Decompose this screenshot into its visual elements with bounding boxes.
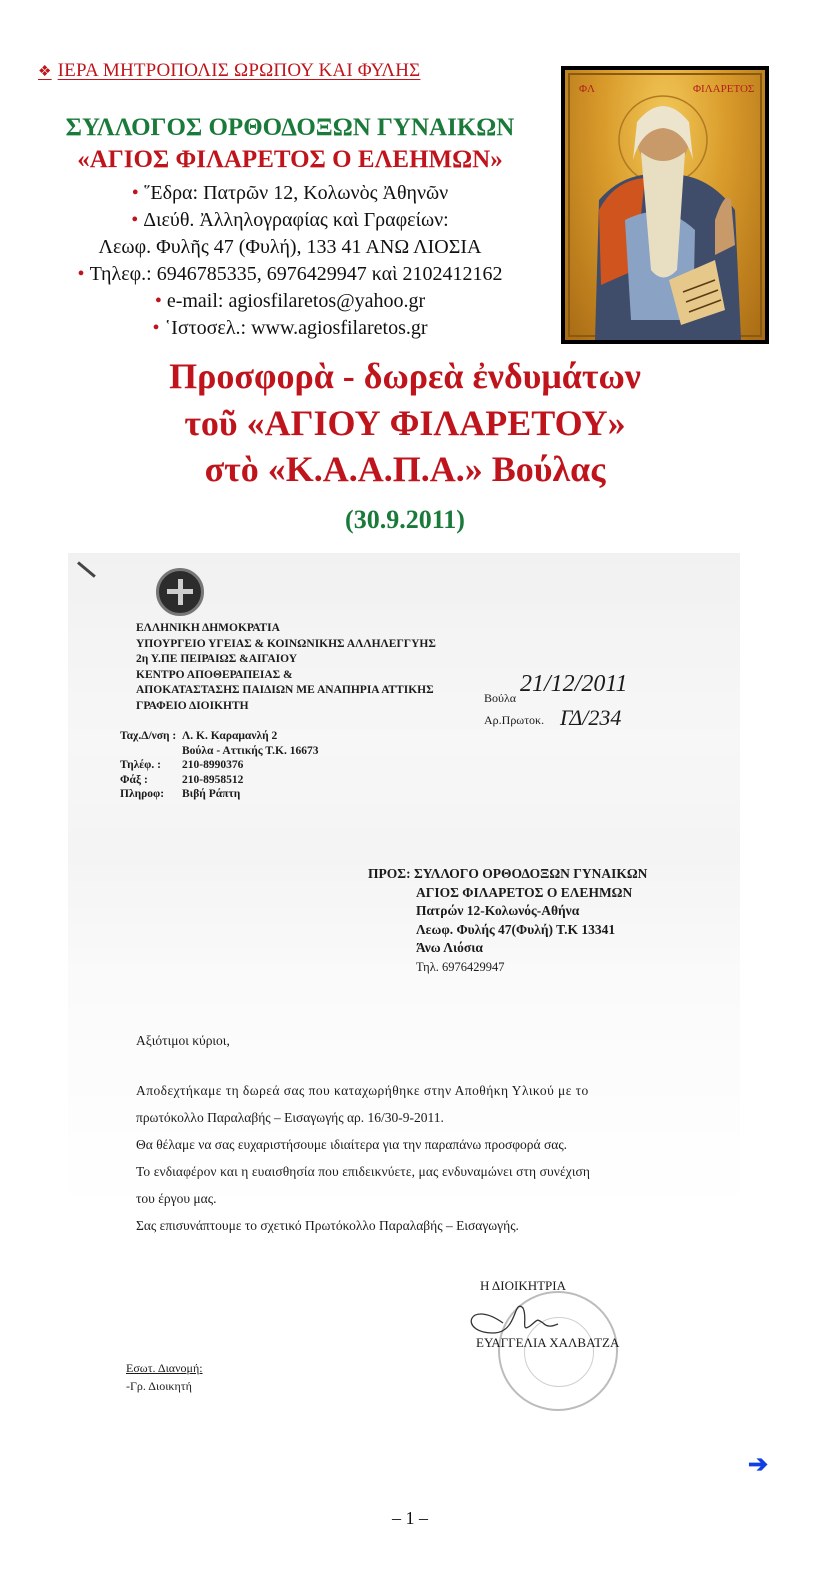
bullet-icon: • (152, 317, 159, 339)
scanned-letter: ΕΛΛΗΝΙΚΗ ΔΗΜΟΚΡΑΤΙΑ ΥΠΟΥΡΓΕΙΟ ΥΓΕΙΑΣ & Κ… (68, 553, 740, 1493)
contact-website: •῾Ιστοσελ.: www.agiosfilaretos.gr (30, 317, 550, 340)
body-line: του έργου μας. (136, 1191, 216, 1207)
bullet-icon: • (131, 209, 138, 231)
bullet-icon: • (155, 290, 162, 312)
signatory-name: ΕΥΑΓΓΕΛΙΑ ΧΑΛΒΑΤΖΑ (476, 1335, 619, 1351)
body-line: Αποδεχτήκαμε τη δωρεά σας που καταχωρήθη… (136, 1083, 589, 1099)
metropolis-name: ΙΕΡΑ ΜΗΤΡΟΠΟΛΙΣ ΩΡΩΠΟΥ ΚΑΙ ΦΥΛΗΣ (58, 60, 421, 81)
place-label: Βούλα (484, 691, 516, 706)
website-link[interactable]: ῾Ιστοσελ.: www.agiosfilaretos.gr (165, 317, 428, 339)
handwritten-protocol-number: ΓΔ/234 (560, 705, 621, 731)
distribution-label: Εσωτ. Διανομή: (126, 1361, 203, 1376)
ornament-bullet-icon: ❖ (38, 64, 52, 80)
body-line: Θα θέλαμε να σας ευχαριστήσουμε ιδιαίτερ… (136, 1137, 567, 1153)
contact-email: •e-mail: agiosfilaretos@yahoo.gr (30, 290, 550, 313)
page-title-line3: στὸ «Κ.Α.Α.Π.Α.» Βούλας (80, 448, 730, 490)
saint-philaretos-icon-image: ΦΛ ΦΙΛΑΡΕΤΟΣ (561, 66, 769, 344)
email-link[interactable]: e-mail: agiosfilaretos@yahoo.gr (167, 290, 425, 312)
svg-text:ΦΛ: ΦΛ (579, 83, 595, 95)
sender-contact-labels: Ταχ.Δ/νση : Τηλέφ. : Φάξ : Πληροφ: (120, 729, 176, 802)
recipient-block: ΠΡΟΣ: ΣΥΛΛΟΓΟ ΟΡΘΟΔΟΞΩΝ ΓΥΝΑΙΚΩΝ ΑΓΙΟΣ Φ… (368, 865, 647, 976)
page-number: – 1 – (360, 1508, 460, 1529)
event-date: (30.9.2011) (80, 505, 730, 535)
association-name: ΣΥΛΛΟΓΟΣ ΟΡΘΟΔΟΞΩΝ ΓΥΝΑΙΚΩΝ (30, 114, 550, 142)
contact-seat: •῞Εδρα: Πατρῶν 12, Κολωνὸς Ἀθηνῶν (30, 182, 550, 205)
page-title-line1: Προσφορὰ - δωρεὰ ἐνδυμάτων (80, 355, 730, 397)
salutation: Αξιότιμοι κύριοι, (136, 1033, 230, 1049)
saint-figure-icon: ΦΛ ΦΙΛΑΡΕΤΟΣ (565, 70, 765, 340)
greek-coat-of-arms-icon (156, 568, 204, 616)
contact-phones: •Τηλεφ.: 6946785335, 6976429947 καὶ 2102… (30, 263, 550, 286)
body-line: πρωτόκολλο Παραλαβής – Εισαγωγής αρ. 16/… (136, 1110, 444, 1126)
distribution-item: -Γρ. Διοικητή (126, 1379, 192, 1394)
contact-mailing-label: •Διεύθ. Ἀλληλογραφίας καὶ Γραφείων: (30, 209, 550, 232)
contact-mailing-address: Λεωφ. Φυλῆς 47 (Φυλή), 133 41 ΑΝΩ ΛΙΟΣΙΑ (30, 236, 550, 259)
page-title-line2: τοῦ «ΑΓΙΟΥ ΦΙΛΑΡΕΤΟΥ» (80, 402, 730, 444)
signatory-title: Η ΔΙΟΙΚΗΤΡΙΑ (480, 1278, 566, 1294)
handwritten-date: 21/12/2011 (520, 671, 628, 698)
bullet-icon: • (78, 263, 85, 285)
body-line: Σας επισυνάπτουμε το σχετικό Πρωτόκολλο … (136, 1218, 519, 1234)
protocol-label: Αρ.Πρωτοκ. (484, 713, 544, 728)
bullet-icon: • (132, 182, 139, 204)
letterhead: ΕΛΛΗΝΙΚΗ ΔΗΜΟΚΡΑΤΙΑ ΥΠΟΥΡΓΕΙΟ ΥΓΕΙΑΣ & Κ… (136, 621, 436, 714)
sender-contact-values: Λ. Κ. Καραμανλή 2 Βούλα - Αττικής Τ.Κ. 1… (182, 729, 318, 802)
svg-text:ΦΙΛΑΡΕΤΟΣ: ΦΙΛΑΡΕΤΟΣ (693, 83, 754, 95)
association-subtitle: «ΑΓΙΟΣ ΦΙΛΑΡΕΤΟΣ Ο ΕΛΕΗΜΩΝ» (30, 146, 550, 174)
body-line: Το ενδιαφέρον και η ευαισθησία που επιδε… (136, 1164, 590, 1180)
metropolis-heading: ❖ΙΕΡΑ ΜΗΤΡΟΠΟΛΙΣ ΩΡΩΠΟΥ ΚΑΙ ΦΥΛΗΣ (38, 60, 530, 82)
pen-mark (77, 561, 96, 577)
next-page-arrow-icon[interactable]: ➔ (748, 1450, 768, 1479)
